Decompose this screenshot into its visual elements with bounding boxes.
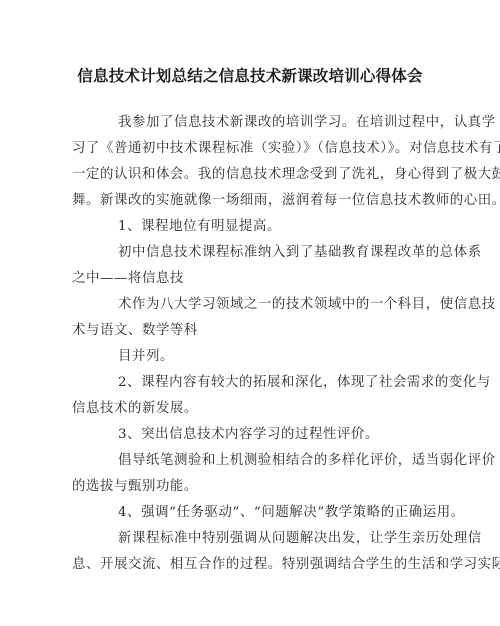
paragraph-line: 一定的认识和体会。我的信息技术理念受到了洗礼，身心得到了极大鼓 (72, 163, 500, 182)
paragraph-line: 习了《普通初中技术课程标准（实验）》（信息技术）》。对信息技术有了 (72, 137, 500, 156)
paragraph-line: 之中——将信息技 (72, 267, 184, 286)
paragraph-line: 信息技术的新发展。 (72, 397, 198, 416)
section-heading-2: 2、课程内容有较大的拓展和深化，体现了社会需求的变化与 (118, 371, 491, 390)
document-page: 信息技术计划总结之信息技术新课改培训心得体会 我参加了信息技术新课改的培训学习。… (0, 0, 500, 626)
paragraph-line: 术与语文、数学等科 (72, 319, 198, 338)
paragraph-line: 目并列。 (118, 345, 174, 364)
section-heading-3: 3、突出信息技术内容学习的过程性评价。 (118, 423, 379, 442)
paragraph-line: 的选拔与甄别功能。 (72, 475, 198, 494)
paragraph-line: 术作为八大学习领域之一的技术领域中的一个科目，使信息技 (118, 293, 496, 312)
paragraph-line: 初中信息技术课程标准纳入到了基础教育课程改革的总体系 (118, 241, 482, 260)
paragraph-line: 倡导纸笔测验和上机测验相结合的多样化评价，适当弱化评价 (118, 449, 496, 468)
paragraph-line: 舞。新课改的实施就像一场细雨，滋润着每一位信息技术教师的心田。 (72, 189, 500, 208)
paragraph-line: 新课程标准中特别强调从问题解决出发，让学生亲历处理信 (118, 527, 482, 546)
document-title: 信息技术计划总结之信息技术新课改培训心得体会 (0, 64, 500, 86)
paragraph-line: 我参加了信息技术新课改的培训学习。在培训过程中，认真学 (118, 111, 496, 130)
section-heading-1: 1、课程地位有明显提高。 (118, 215, 281, 234)
paragraph-line: 息、开展交流、相互合作的过程。特别强调结合学生的生活和学习实际 (72, 553, 500, 572)
section-heading-4: 4、强调“任务驱动”、“问题解决”教学策略的正确运用。 (118, 501, 465, 520)
